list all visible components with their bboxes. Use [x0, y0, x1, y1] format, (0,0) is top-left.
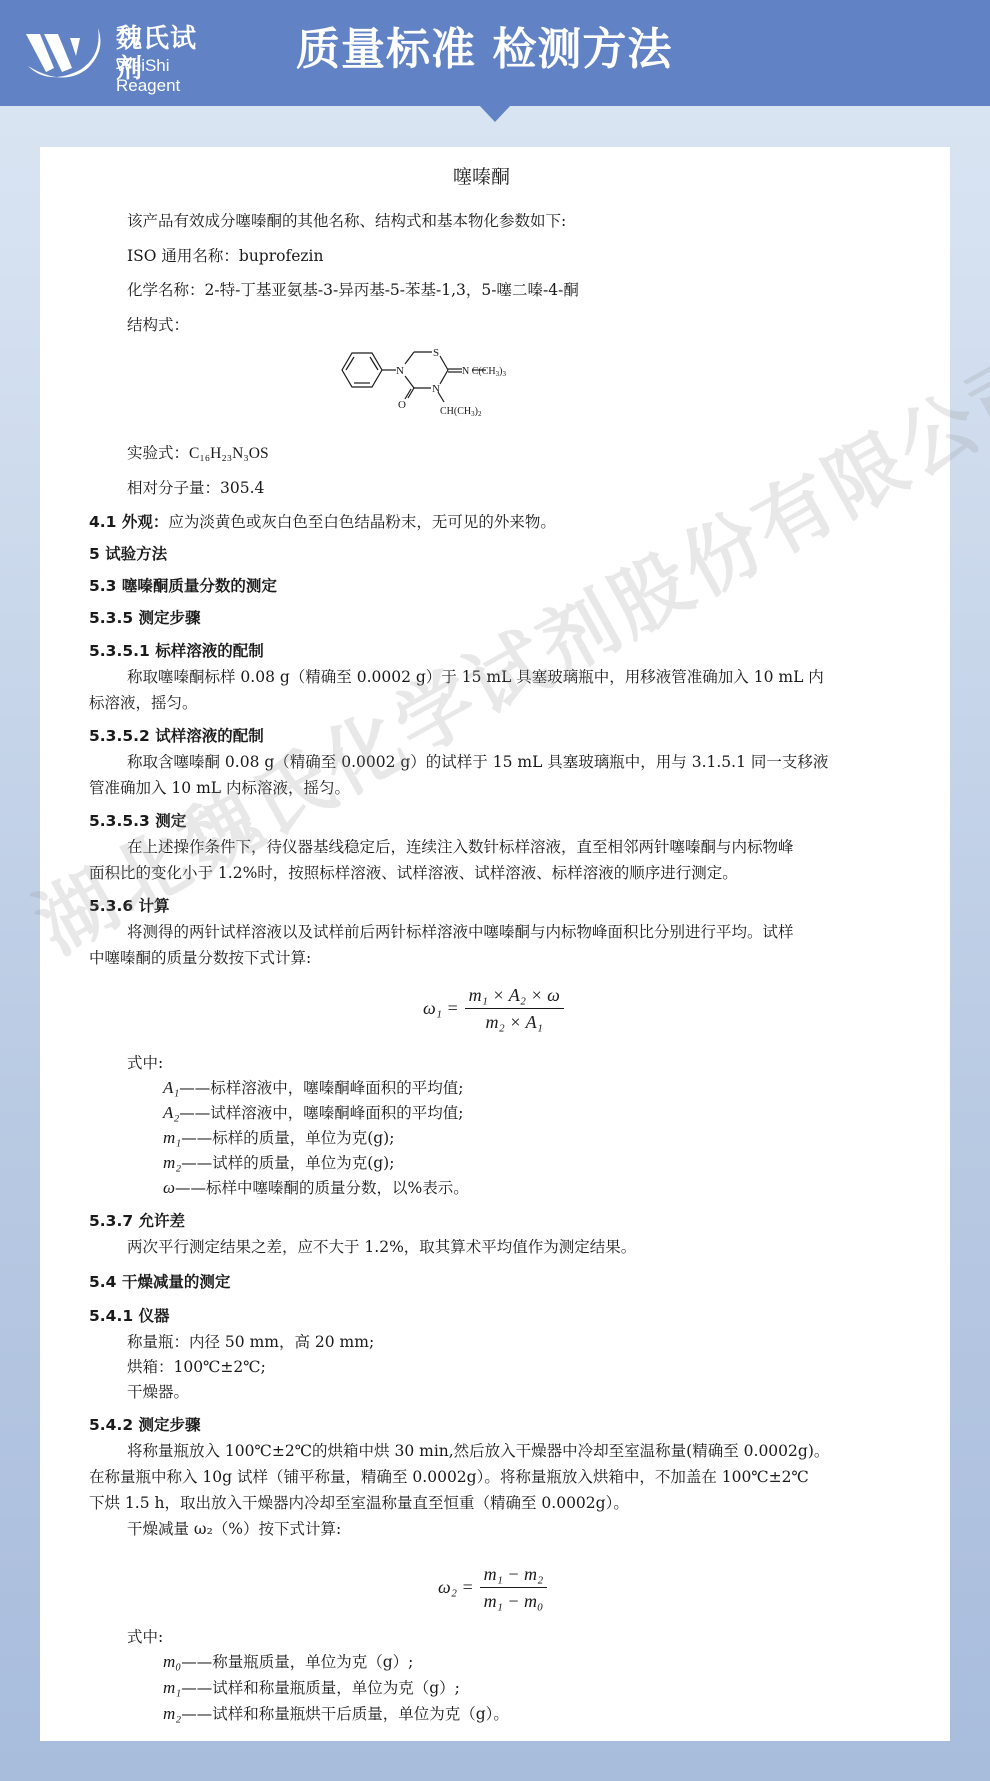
para-5-3-5-1-line2: 标溶液，摇匀。	[89, 692, 198, 714]
iso-name-value: buprofezin	[239, 247, 324, 265]
heading-5-3-7: 5.3.7 允许差	[89, 1210, 185, 1232]
chemical-structure-diagram: N S N O N C(CH3)3 CH(CH3)2	[338, 340, 548, 420]
def2-m2: m₂——试样和称量瓶烘干后质量，单位为克（g）。	[163, 1703, 509, 1725]
def-omega: ω——标样中噻嗪酮的质量分数，以%表示。	[163, 1177, 469, 1199]
formula-mass-fraction: ω₁ = m₁ × A₂ × ω m₂ × A₁	[423, 984, 564, 1033]
heading-5-3-5-1: 5.3.5.1 标样溶液的配制	[89, 640, 264, 662]
iso-name-row: ISO 通用名称：buprofezin	[127, 245, 323, 267]
chem-name-value: 2-特-丁基亚氨基-3-异丙基-5-苯基-1,3，5-噻二嗪-4-酮	[205, 281, 579, 299]
formula-row: 实验式：C₁₆H₂₃N₃OS	[127, 442, 269, 465]
para-5-3-6-line2: 中噻嗪酮的质量分数按下式计算:	[89, 947, 311, 969]
formula-value: C₁₆H₂₃N₃OS	[189, 445, 269, 462]
chem-name-label: 化学名称：	[127, 281, 205, 299]
page-header: 魏氏试剂 WeiShi Reagent 质量标准 检测方法	[0, 0, 990, 106]
mw-row: 相对分子量：305.4	[127, 477, 264, 499]
heading-5-3-5-3: 5.3.5.3 测定	[89, 810, 186, 832]
header-pointer-triangle	[479, 105, 511, 122]
para-5-4-2-line2: 在称量瓶中称入 10g 试样（铺平称量，精确至 0.0002g）。将称量瓶放入烘…	[89, 1466, 809, 1488]
para-5-3-7: 两次平行测定结果之差，应不大于 1.2%，取其算术平均值作为测定结果。	[127, 1236, 636, 1258]
heading-5-4-2: 5.4.2 测定步骤	[89, 1414, 201, 1436]
appearance-label: 4.1 外观：	[89, 513, 168, 531]
formula1-denominator: m₂ × A₁	[482, 1009, 547, 1033]
mw-label: 相对分子量：	[127, 479, 220, 497]
formula2-numerator: m₁ − m₂	[480, 1563, 548, 1588]
formula-label: 实验式：	[127, 444, 189, 462]
def2-m1: m₁——试样和称量瓶质量，单位为克（g）;	[163, 1677, 460, 1699]
instrument-item-1: 称量瓶：内径 50 mm，高 20 mm;	[127, 1331, 374, 1353]
def-a1: A₁——标样溶液中，噻嗪酮峰面积的平均值;	[163, 1077, 464, 1099]
para-5-3-6-line1: 将测得的两针试样溶液以及试样前后两针标样溶液中噻嗪酮与内标物峰面积比分别进行平均…	[127, 921, 794, 943]
heading-5-3-5-2: 5.3.5.2 试样溶液的配制	[89, 725, 264, 747]
para-5-3-5-3-line1: 在上述操作条件下，待仪器基线稳定后，连续注入数针标样溶液，直至相邻两针噻嗪酮与内…	[127, 836, 794, 858]
para-5-4-2-line4: 干燥减量 ω₂（%）按下式计算:	[127, 1518, 341, 1540]
heading-5-3: 5.3 噻嗪酮质量分数的测定	[89, 575, 277, 597]
para-5-3-5-1-line1: 称取噻嗪酮标样 0.08 g（精确至 0.0002 g）于 15 mL 具塞玻璃…	[127, 666, 824, 688]
instrument-item-2: 烘箱：100℃±2℃;	[127, 1356, 266, 1378]
atom-n1: N	[396, 365, 404, 377]
tert-butyl-imine: N C(CH3)3	[462, 366, 506, 378]
heading-5: 5 试验方法	[89, 543, 167, 565]
weishi-logo-icon	[18, 20, 110, 82]
def2-m0: m₀——称量瓶质量，单位为克（g）;	[163, 1651, 413, 1673]
formula2-denominator: m₁ − m₀	[480, 1588, 548, 1612]
chem-name-row: 化学名称：2-特-丁基亚氨基-3-异丙基-5-苯基-1,3，5-噻二嗪-4-酮	[127, 279, 579, 301]
atom-s: S	[433, 347, 439, 359]
page-title: 质量标准 检测方法	[296, 22, 672, 78]
appearance-row: 4.1 外观：应为淡黄色或灰白色至白色结晶粉末，无可见的外来物。	[89, 511, 556, 533]
atom-n2: N	[432, 383, 440, 395]
heading-5-3-6: 5.3.6 计算	[89, 895, 170, 917]
heading-5-3-5: 5.3.5 测定步骤	[89, 607, 201, 629]
para-5-3-5-3-line2: 面积比的变化小于 1.2%时，按照标样溶液、试样溶液、试样溶液、标样溶液的顺序进…	[89, 862, 738, 884]
instrument-item-3: 干燥器。	[127, 1381, 189, 1403]
heading-5-4: 5.4 干燥减量的测定	[89, 1271, 230, 1293]
document-title: 噻嗪酮	[453, 164, 510, 190]
where-label-1: 式中:	[127, 1052, 163, 1074]
def-a2: A₂——试样溶液中，噻嗪酮峰面积的平均值;	[163, 1102, 464, 1124]
formula1-lhs: ω₁ =	[423, 998, 459, 1019]
formula1-numerator: m₁ × A₂ × ω	[465, 984, 564, 1009]
appearance-text: 应为淡黄色或灰白色至白色结晶粉末，无可见的外来物。	[168, 513, 556, 531]
structure-label: 结构式：	[127, 314, 189, 336]
formula2-lhs: ω₂ =	[438, 1577, 474, 1598]
def-m1: m₁——标样的质量，单位为克(g);	[163, 1127, 394, 1149]
heading-5-4-1: 5.4.1 仪器	[89, 1305, 170, 1327]
isopropyl-group: CH(CH3)2	[440, 406, 482, 418]
brand-name-en: WeiShi Reagent	[116, 56, 218, 96]
mw-value: 305.4	[220, 479, 264, 497]
para-5-4-2-line1: 将称量瓶放入 100℃±2℃的烘箱中烘 30 min,然后放入干燥器中冷却至室温…	[127, 1440, 829, 1462]
def-m2: m₂——试样的质量，单位为克(g);	[163, 1152, 394, 1174]
para-5-3-5-2-line2: 管准确加入 10 mL 内标溶液，摇匀。	[89, 777, 350, 799]
brand-logo: 魏氏试剂 WeiShi Reagent	[18, 18, 218, 82]
where-label-2: 式中:	[127, 1626, 163, 1648]
iso-name-label: ISO 通用名称：	[127, 247, 239, 265]
para-5-3-5-2-line1: 称取含噻嗪酮 0.08 g（精确至 0.0002 g）的试样于 15 mL 具塞…	[127, 751, 828, 773]
intro-text: 该产品有效成分噻嗪酮的其他名称、结构式和基本物化参数如下:	[127, 210, 566, 232]
formula-loss-on-drying: ω₂ = m₁ − m₂ m₁ − m₀	[438, 1563, 547, 1612]
atom-o: O	[398, 399, 406, 411]
para-5-4-2-line3: 下烘 1.5 h，取出放入干燥器内冷却至室温称量直至恒重（精确至 0.0002g…	[89, 1492, 629, 1514]
